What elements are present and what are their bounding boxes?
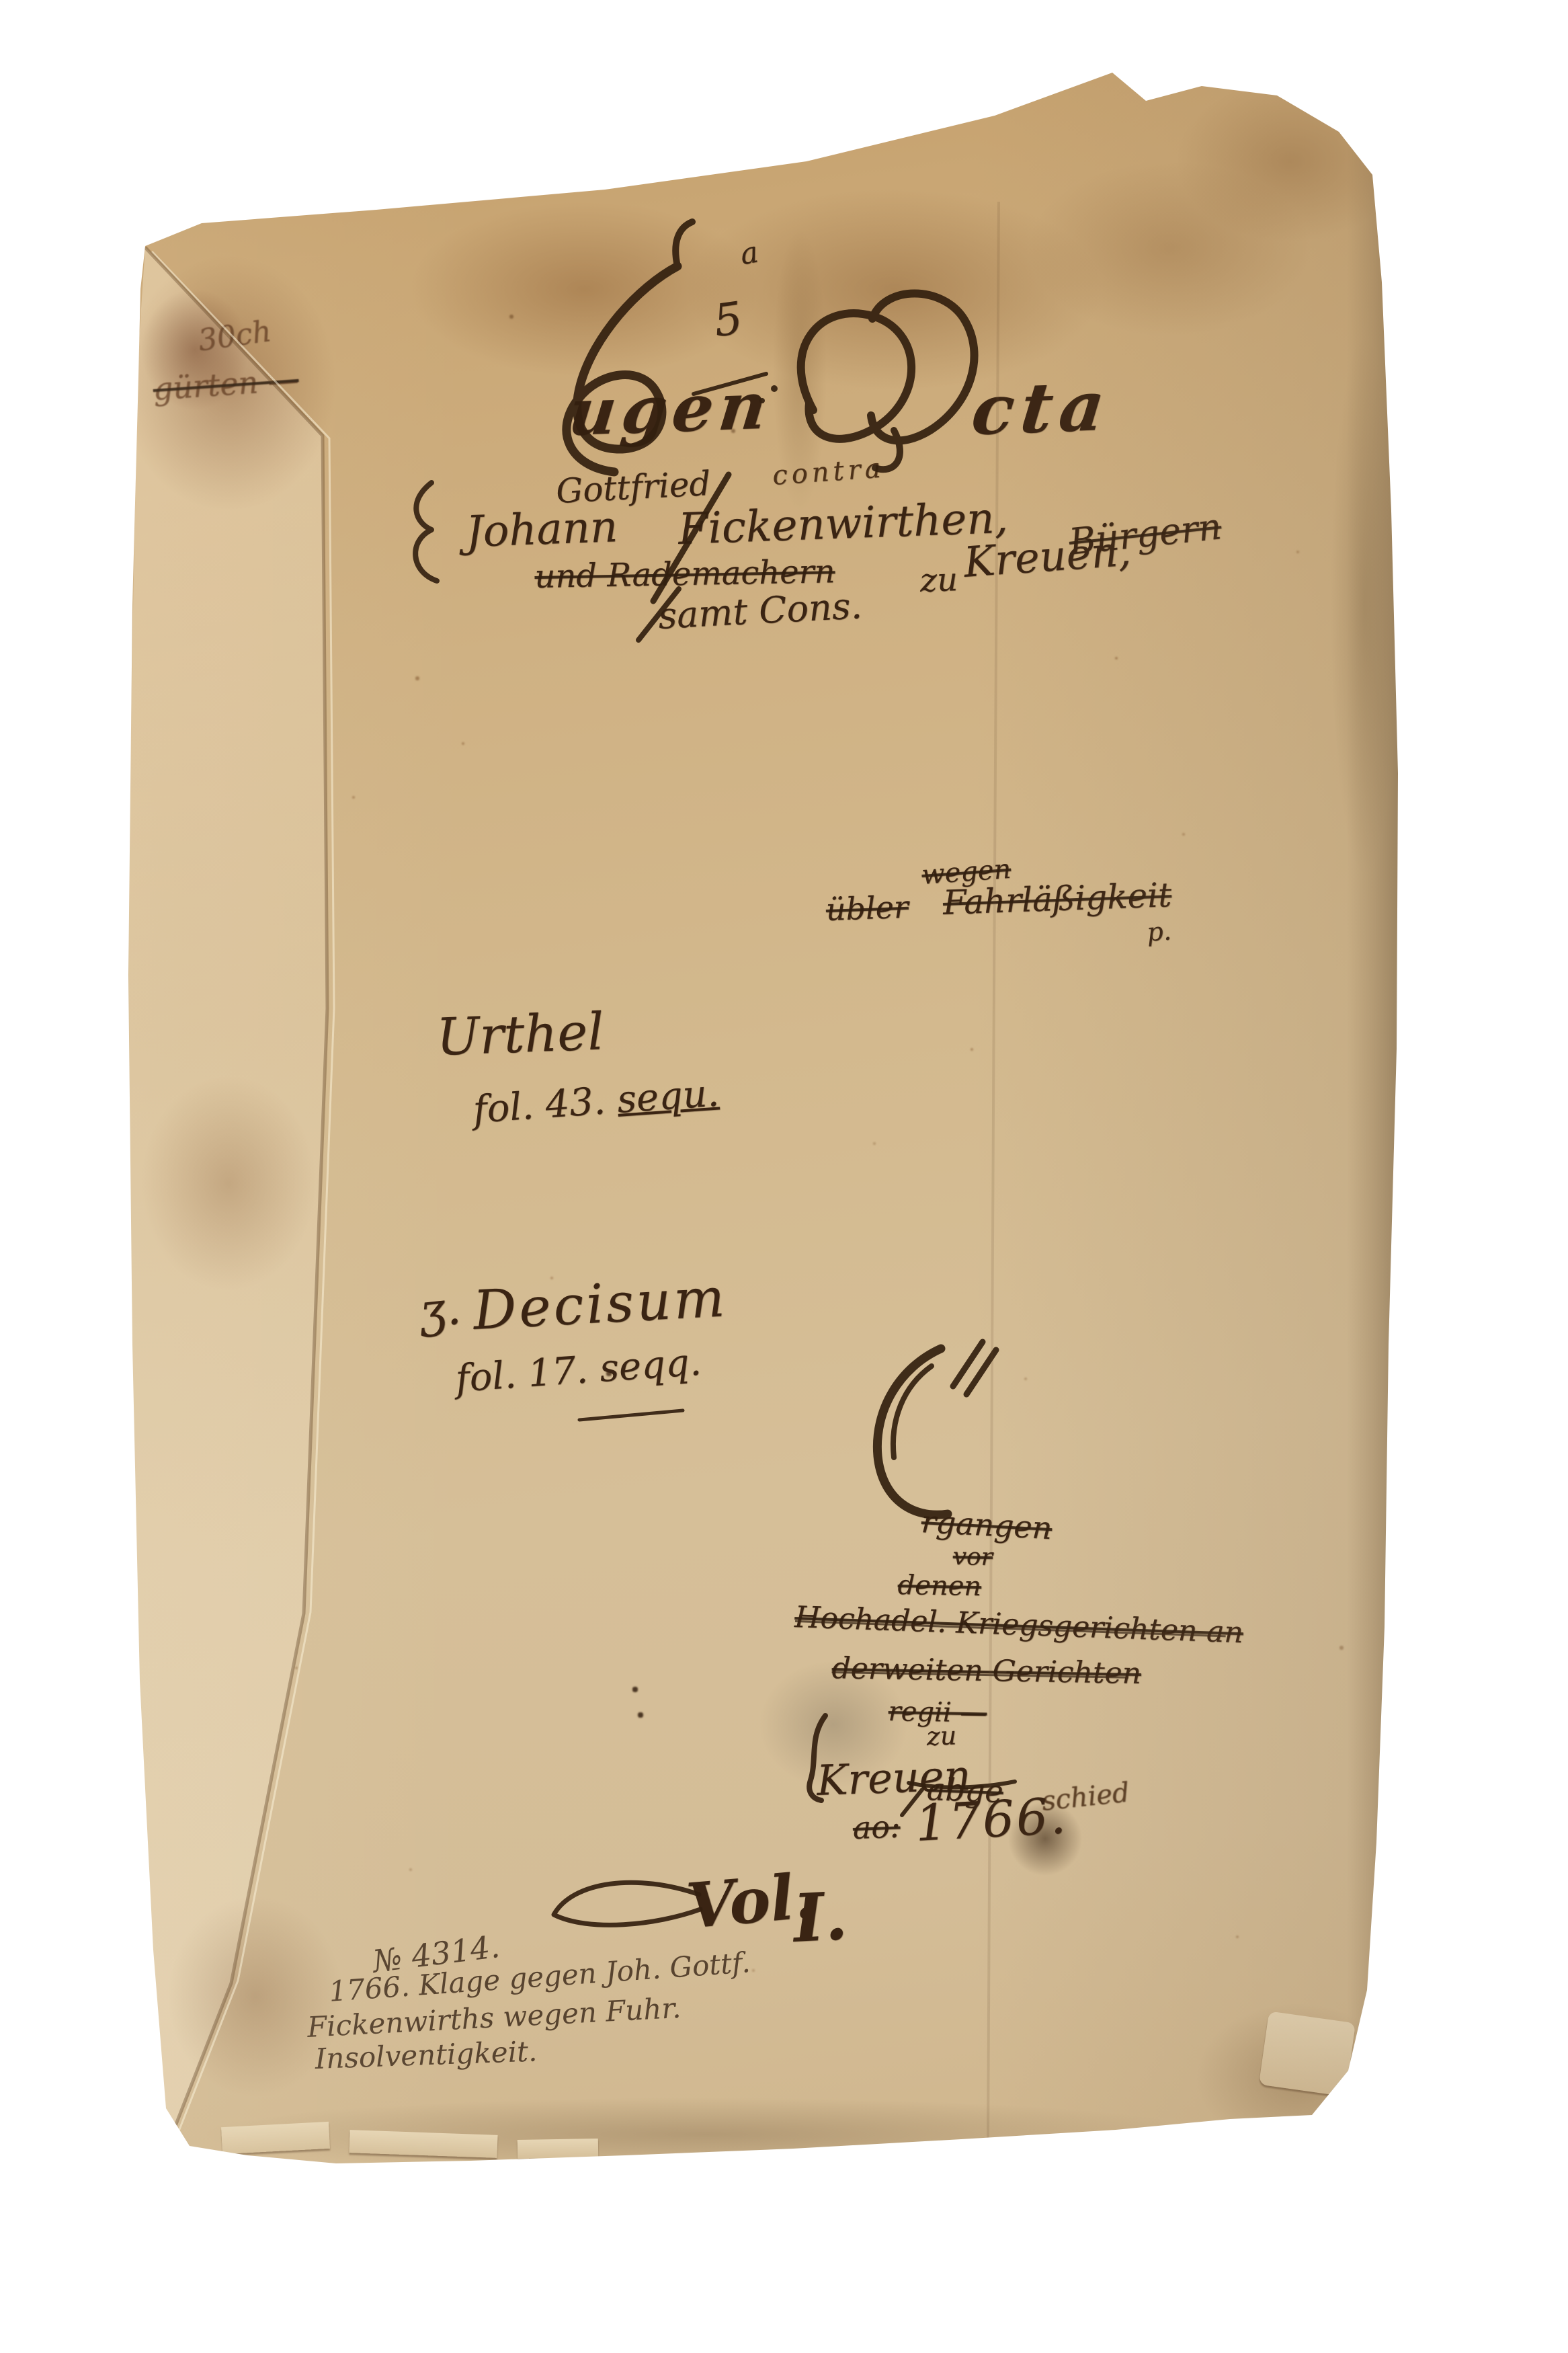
archive-mark-number: 5 (711, 296, 745, 344)
issued-zu: zu (926, 1722, 957, 1749)
fold-flap (0, 0, 1568, 2353)
samt-slash (638, 589, 679, 640)
title-part2: cta (968, 372, 1114, 445)
kreuen-flourish (909, 1782, 1015, 1788)
grime-bottom-edge (202, 2098, 1210, 2171)
volume-number: I. (792, 1884, 849, 1952)
stacked-pages-edge (1347, 81, 1405, 2118)
stain-under-mark (773, 229, 827, 511)
archive-mark-dot (771, 385, 778, 392)
inserted-first-name: Gottfried (555, 467, 712, 508)
decisum-paraph: ʒ. (417, 1284, 463, 1335)
stain-top-left (410, 202, 759, 376)
fold-scribble-2: gürten — (152, 364, 300, 405)
struck-after-place: abge (926, 1773, 1003, 1807)
first-name: Johann (465, 506, 618, 554)
stain-top-right (1028, 161, 1311, 336)
struck-trade: und Rademachern (534, 555, 835, 593)
struck-ao: ao: (852, 1811, 901, 1843)
struck-court-line3: regii — (888, 1698, 987, 1727)
urthel-folio: fol. 43. sequ. (472, 1074, 720, 1129)
struck-wegen: wegen (921, 856, 1012, 889)
ink-blot-by-year (1008, 1802, 1082, 1876)
registry-line1: 1766. Klage gegen Joh. Gottf. (328, 1948, 751, 2006)
title-initial-a-loop1 (801, 313, 911, 439)
flourish-overlay (0, 0, 1568, 2353)
title-initial-a-tail (875, 430, 900, 469)
title-initial-a-loop2 (871, 294, 975, 441)
name-separator-slash (653, 475, 729, 601)
ergangen-initial-c-inner (893, 1366, 932, 1458)
struck-vor: vor (952, 1545, 993, 1570)
issued-place: Kreuen (816, 1755, 971, 1802)
decisum-folio: fol. 17. seqq. (454, 1343, 702, 1398)
foxing-specks (0, 0, 1, 1)
archive-mark-letter: a (738, 237, 760, 270)
stain-fold-bottom (168, 1896, 343, 2098)
struck-word: übler (825, 891, 909, 925)
struck-court-line2: derweiten Gerichten (831, 1654, 1141, 1689)
archive-mark-slash (694, 374, 766, 394)
torn-chip-corner (1259, 2011, 1356, 2096)
registry-line3: Insolventigkeit. (315, 2037, 538, 2073)
contra-label: contra (772, 454, 886, 489)
struck-ergangen: rgangen (921, 1506, 1053, 1544)
stain-fold-core (141, 289, 249, 410)
faded-schied: schied (1040, 1779, 1130, 1814)
stain-corner-right (1176, 81, 1405, 242)
struck-status: Bürgern (1067, 508, 1223, 560)
stain-bottom-right-corner (1196, 2003, 1398, 2151)
paper-sheet: a 5 ugen cta contra Gottfried Johann Fic… (0, 0, 1568, 2353)
urthel-label: Urthel (436, 1006, 605, 1063)
johann-initial-bracket (415, 483, 437, 581)
urthel-folio-prefix: fol. 43. (472, 1078, 619, 1132)
place-brace (809, 1716, 825, 1800)
ergangen-double-slash (953, 1342, 983, 1386)
torn-chip (349, 2130, 497, 2158)
registry-number: № 4314. (371, 1931, 501, 1977)
title-initial-s-top (675, 222, 692, 266)
smudge-center (759, 1661, 907, 1788)
place-name: Kreuen, (962, 530, 1132, 584)
year: 1766. (914, 1791, 1069, 1849)
title-part1: ugen (566, 374, 775, 445)
stain-fold-corner (121, 255, 336, 511)
ergangen-double-slash (966, 1350, 996, 1394)
archive-mark-dot (759, 398, 765, 403)
fold-crease-highlight (152, 251, 334, 2138)
year-slash (902, 1790, 922, 1815)
struck-denen: denen (897, 1572, 981, 1600)
decisum-label: Decisum (472, 1271, 729, 1338)
title-initial-s-flourish (567, 266, 677, 472)
center-crease (988, 202, 999, 2138)
stain-left-mid (141, 1076, 316, 1291)
torn-chip (518, 2139, 598, 2159)
fold-crease (145, 247, 327, 2141)
seqq-strike (579, 1410, 683, 1420)
volume-word: Vol. (684, 1864, 818, 1937)
suffix-p: p. (1146, 918, 1172, 945)
consorts: samt Cons. (657, 588, 863, 635)
photo-background: { "meta": { "subject": "Aged 18th-centur… (0, 0, 1568, 2353)
surname: Fickenwirthen, (677, 497, 1009, 551)
vol-swash (554, 1882, 700, 1925)
stain-top-center (686, 188, 1102, 390)
zu-word: zu (919, 563, 958, 597)
registry-line2: Fickenwirths wegen Fuhr. (306, 1994, 682, 2042)
torn-chip (221, 2122, 330, 2154)
urthel-folio-seq: sequ. (616, 1071, 720, 1121)
struck-court-line1: Hochadel. Kriegsgerichten an (794, 1603, 1243, 1648)
negligence-word: Fahrläßigkeit (942, 878, 1172, 920)
fold-scribble-1: 30ch (196, 317, 273, 356)
ergangen-initial-c (877, 1349, 948, 1515)
stain-right-edge (1331, 336, 1398, 874)
